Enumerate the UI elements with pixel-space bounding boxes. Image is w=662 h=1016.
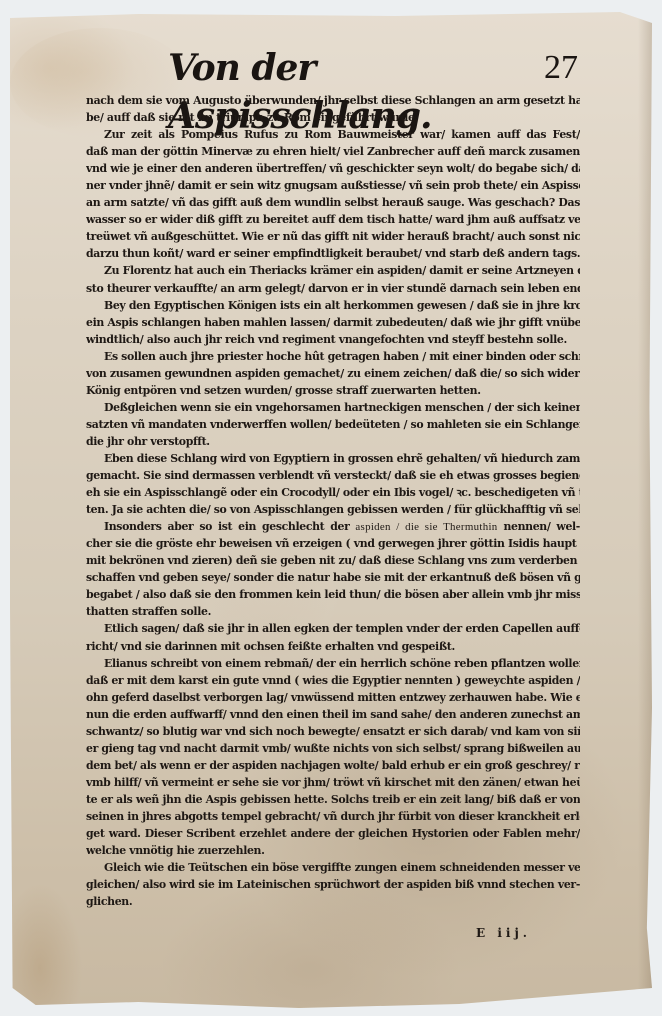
roman-type-phrase: aspiden / die sie Thermuthin bbox=[355, 521, 497, 533]
text-line: welche vnnötig hie zuerzehlen. bbox=[86, 842, 580, 859]
text-line: an arm satzte/ vñ das gifft auß dem wund… bbox=[86, 194, 580, 211]
text-line: dem bet/ als wenn er der aspiden nachjag… bbox=[86, 757, 580, 774]
book-page: Von der Aspisschlang. 27 nach dem sie vo… bbox=[10, 8, 652, 1008]
text-line: ohn geferd daselbst verborgen lag/ vnwüs… bbox=[86, 689, 580, 706]
text-line: be/ auff daß sie nit im triumph zu Rom e… bbox=[86, 109, 580, 126]
text-line: gleichen/ also wird sie im Lateinischen … bbox=[86, 876, 580, 893]
text-line: thatten straffen solle. bbox=[86, 603, 580, 620]
text-line: Deßgleichen wenn sie ein vngehorsamen ha… bbox=[86, 399, 580, 416]
page-number: 27 bbox=[544, 44, 578, 92]
text-line: schaffen vnd geben seye/ sonder die natu… bbox=[86, 569, 580, 586]
text-line: windtlich/ also auch jhr reich vnd regim… bbox=[86, 331, 580, 348]
text-line: Es sollen auch jhre priester hoche hût g… bbox=[86, 348, 580, 365]
text-line: Elianus schreibt von einem rebmañ/ der e… bbox=[86, 655, 580, 672]
text-line: nach dem sie vom Augusto überwunden/ jhr… bbox=[86, 92, 580, 109]
text-line: Insonders aber so ist ein geschlecht der… bbox=[86, 518, 580, 535]
text-line: daß er mit dem karst ein gute vnnd ( wie… bbox=[86, 672, 580, 689]
text-line: Bey den Egyptischen Königen ists ein alt… bbox=[86, 297, 580, 314]
text-line: cher sie die gröste ehr beweisen vñ erze… bbox=[86, 535, 580, 552]
text-line: treüwet vñ außgeschüttet. Wie er nũ das … bbox=[86, 228, 580, 245]
text-line: glichen. bbox=[86, 893, 580, 910]
text-line: Gleich wie die Teütschen ein böse vergif… bbox=[86, 859, 580, 876]
text-line: ten. Ja sie achten die/ so von Aspisschl… bbox=[86, 501, 580, 518]
body-text: nach dem sie vom Augusto überwunden/ jhr… bbox=[86, 92, 580, 910]
text-line: Zu Florentz hat auch ein Theriacks kräme… bbox=[86, 262, 580, 279]
text-line: ein Aspis schlangen haben mahlen lassen/… bbox=[86, 314, 580, 331]
text-line: sto theurer verkauffte/ an arm gelegt/ d… bbox=[86, 280, 580, 297]
text-line: ner vnder jhnẽ/ damit er sein witz gnugs… bbox=[86, 177, 580, 194]
page-edge-shadow bbox=[638, 8, 652, 1008]
text-line: schwantz/ so blutig war vnd sich noch be… bbox=[86, 723, 580, 740]
text-line: get ward. Dieser Scribent erzehlet ander… bbox=[86, 825, 580, 842]
text-line: richt/ vnd sie darinnen mit ochsen feißt… bbox=[86, 638, 580, 655]
text-line: die jhr ohr verstopfft. bbox=[86, 433, 580, 450]
running-header: Von der Aspisschlang. 27 bbox=[160, 44, 590, 94]
text-line: er gieng tag vnd nacht darmit vmb/ wußte… bbox=[86, 740, 580, 757]
text-line: Zur zeit als Pompeius Rufus zu Rom Bauwm… bbox=[86, 126, 580, 143]
text-line: wasser so er wider diß gifft zu bereitet… bbox=[86, 211, 580, 228]
text-line: vmb hilff/ vñ vermeint er sehe sie vor j… bbox=[86, 774, 580, 791]
text-line: seinen in jhres abgotts tempel gebracht/… bbox=[86, 808, 580, 825]
text-line: Eben diese Schlang wird von Egyptiern in… bbox=[86, 450, 580, 467]
text-line: mit bekrönen vnd zieren) deñ sie geben n… bbox=[86, 552, 580, 569]
text-line: vnd wie je einer den anderen übertreffen… bbox=[86, 160, 580, 177]
text-line: Etlich sagen/ daß sie jhr in allen egken… bbox=[86, 620, 580, 637]
text-line: darzu thun koñt/ ward er seiner empfindt… bbox=[86, 245, 580, 262]
text-line: satzten vñ mandaten vnderwerffen wollen/… bbox=[86, 416, 580, 433]
signature-mark: E iij. bbox=[476, 926, 531, 940]
text-line: daß man der göttin Minervæ zu ehren hiel… bbox=[86, 143, 580, 160]
text-line: König entpören vnd setzen wurden/ grosse… bbox=[86, 382, 580, 399]
text-line: te er als weñ jhn die Aspis gebissen het… bbox=[86, 791, 580, 808]
text-line: gemacht. Sie sind dermassen verblendt vñ… bbox=[86, 467, 580, 484]
text-line: nun die erden auffwarff/ vnnd den einen … bbox=[86, 706, 580, 723]
text-line: eh sie ein Aspisschlangẽ oder ein Crocod… bbox=[86, 484, 580, 501]
text-line: begabet / also daß sie den frommen kein … bbox=[86, 586, 580, 603]
text-line: von zusamen gewundnen aspiden gemachet/ … bbox=[86, 365, 580, 382]
